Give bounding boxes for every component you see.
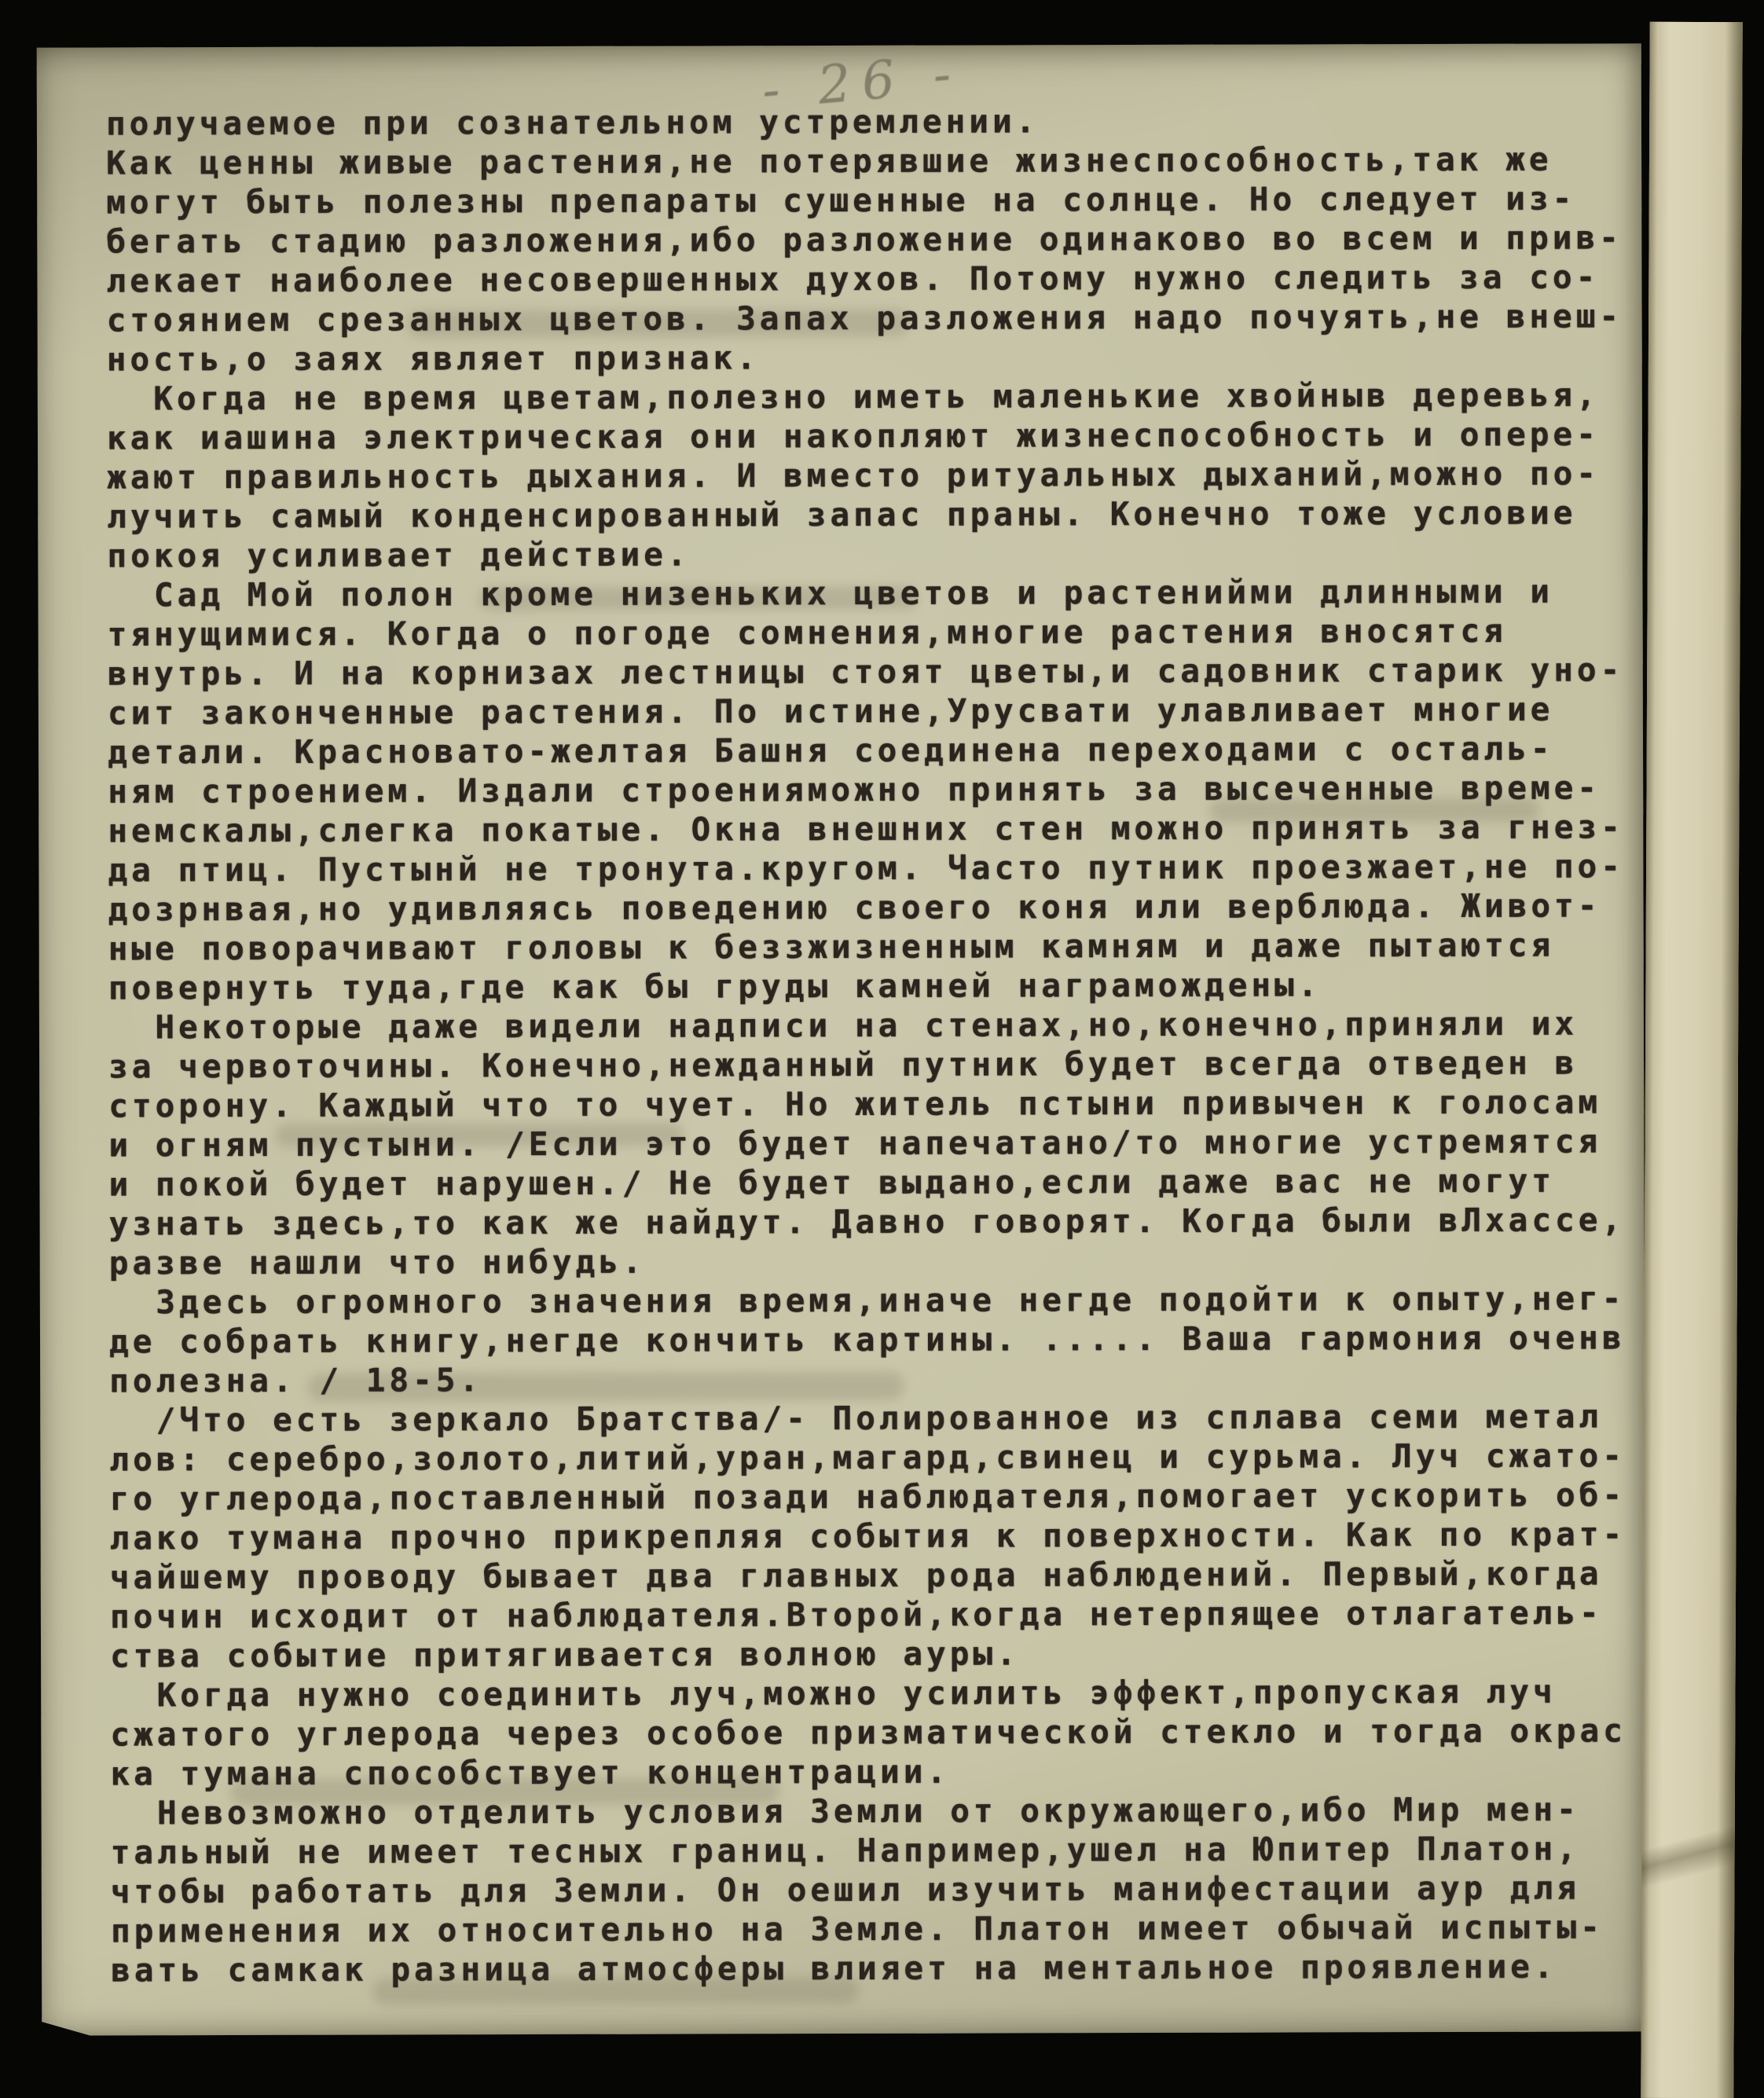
text-line: детали. Красновато-желтая Башня соединен…: [108, 728, 1640, 772]
next-page-edge: [1641, 22, 1743, 2098]
text-line: лекает наиболее несовершенных духов. Пот…: [106, 257, 1638, 300]
text-line: немскалы,слегка покатые. Окна внешних ст…: [108, 807, 1640, 850]
text-line: /Что есть зеркало Братства/- Полированно…: [109, 1396, 1641, 1440]
text-line: да птиц. Пустынй не тронута.кругом. Част…: [108, 846, 1640, 889]
text-line: ства событие притягивается волною ауры.: [110, 1632, 1642, 1675]
text-line: чтобы работать для Земли. Он оешил изучи…: [111, 1868, 1643, 1911]
text-line: стоянием срезанных цветов. Запах разложе…: [107, 296, 1639, 339]
text-line: дозрнвая,но удивляясь поведению своего к…: [108, 886, 1640, 929]
text-line: го углерода,поставленный позади наблюдат…: [109, 1475, 1641, 1518]
text-line: применения их относительно на Земле. Пла…: [111, 1907, 1643, 1950]
text-line: как иашина электрическая они накопляют ж…: [107, 414, 1639, 457]
text-line: Как ценны живые растения,не потерявшие ж…: [106, 139, 1638, 182]
scanned-document: - 26 - получаемое при сознательном устре…: [0, 0, 1764, 2098]
text-line: жают правильность дыхания. И вместо риту…: [107, 453, 1639, 497]
text-line: почин исходит от наблюдателя.Второй,когд…: [110, 1593, 1642, 1636]
text-line: чайшему проводу бывает два главных рода …: [110, 1553, 1642, 1597]
text-line: Невозможно отделить условия Земли от окр…: [111, 1789, 1643, 1832]
text-line: Когда не время цветам,полезно иметь мале…: [107, 375, 1639, 418]
text-line: Сад Мой полон кроме низеньких цветов и р…: [107, 571, 1639, 614]
text-line: лако тумана прочно прикрепляя события к …: [110, 1514, 1642, 1557]
text-line: вать самкак разница атмосферы влияет на …: [111, 1946, 1643, 1990]
text-line: за червоточины. Конечно,нежданный путник…: [108, 1043, 1641, 1086]
text-line: и огням пустыни. /Если это будет напечат…: [108, 1121, 1641, 1165]
text-line: ные поворачивают головы к беззжизненным …: [108, 925, 1641, 968]
text-line: Здесь огромного значения время,иначе нег…: [109, 1278, 1641, 1322]
text-line: бегать стадию разложения,ибо разложение …: [106, 218, 1638, 261]
text-line: повернуть туда,где как бы груды камней н…: [108, 964, 1641, 1007]
page-fold-shadow: [1641, 1790, 1735, 1916]
text-line: ка тумана способствует концентрации.: [110, 1750, 1642, 1793]
text-line: ность,о заях являет признак.: [107, 336, 1639, 379]
text-line: лучить самый конденсированный запас пран…: [107, 493, 1639, 536]
text-line: покоя усиливает действие.: [107, 532, 1639, 575]
text-line: лов: серебро,золото,литий,уран,магард,св…: [109, 1436, 1641, 1479]
text-line: получаемое при сознательном устремлении.: [106, 100, 1638, 143]
text-line: де собрать книгу,негде кончить картины. …: [109, 1318, 1641, 1361]
text-line: тальный не имеет тесных границ. Например…: [111, 1828, 1643, 1872]
typewritten-page: - 26 - получаемое при сознательном устре…: [37, 43, 1647, 2035]
text-line: и покой будет нарушен./ Не будет выдано,…: [108, 1161, 1641, 1204]
text-line: ням строением. Издали строенияможно прин…: [108, 768, 1640, 811]
text-line: внутрь. И на корнизах лестницы стоят цве…: [108, 650, 1640, 693]
text-line: тянущимися. Когда о погоде сомнения,мног…: [108, 611, 1640, 654]
text-line: полезна. / 18-5.: [109, 1357, 1641, 1400]
text-line: Когда нужно соединить луч,можно усилить …: [110, 1671, 1642, 1715]
text-line: сжатого углерода через особое призматиче…: [110, 1711, 1642, 1754]
text-line: могут быть полезны препараты сушенные на…: [106, 178, 1638, 222]
text-line: сторону. Каждый что то чует. Но житель п…: [108, 1082, 1641, 1125]
text-line: Некоторые даже видели надписи на стенах,…: [108, 1003, 1641, 1047]
text-line: разве нашли что нибудь.: [109, 1239, 1641, 1282]
text-line: сит законченные растения. По истине,Урус…: [108, 689, 1640, 732]
typewritten-text: получаемое при сознательном устремлении.…: [106, 100, 1643, 1990]
text-line: узнать здесь,то как же найдут. Давно гов…: [109, 1200, 1641, 1243]
